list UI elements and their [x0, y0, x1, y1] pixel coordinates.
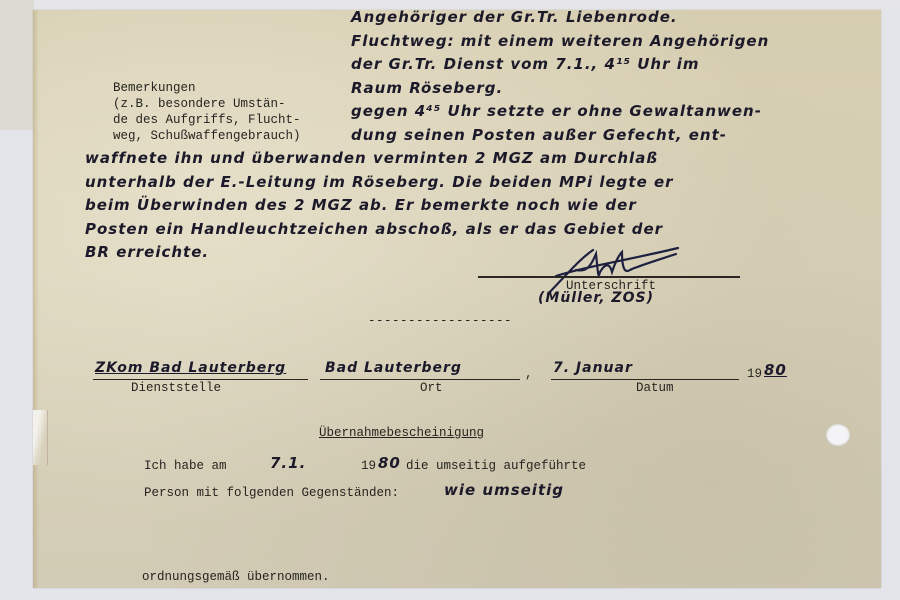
signature-name: (Müller, ZOS) — [538, 290, 654, 306]
datum-value: 7. Januar — [553, 360, 633, 376]
certificate-line2-value: wie umseitig — [444, 481, 564, 499]
remark-line: der Gr.Tr. Dienst vom 7.1., 4¹⁵ Uhr im — [351, 53, 769, 77]
punch-hole — [826, 424, 850, 446]
certificate-line2-prefix: Person mit folgenden Gegenständen: — [144, 485, 399, 501]
ort-label: Ort — [420, 380, 443, 396]
remark-line: beim Überwinden des 2 MGZ ab. Er bemerkt… — [85, 194, 674, 218]
remark-line: unterhalb der E.-Leitung im Röseberg. Di… — [85, 171, 674, 195]
certificate-line1-date: 7.1. — [270, 454, 306, 472]
remark-line: dung seinen Posten außer Gefecht, ent- — [351, 124, 769, 148]
remark-line: waffnete ihn und überwanden verminten 2 … — [85, 147, 674, 171]
certificate-year-prefix: 19 — [361, 458, 376, 474]
handwritten-remarks-top: Angehöriger der Gr.Tr. Liebenrode. Fluch… — [351, 6, 769, 147]
remark-line: Raum Röseberg. — [351, 77, 769, 101]
remark-line: Fluchtweg: mit einem weiteren Angehörige… — [351, 30, 769, 54]
certificate-line1-suffix: die umseitig aufgeführte — [406, 458, 586, 474]
certificate-year-suffix: 80 — [378, 454, 401, 472]
dienststelle-value: ZKom Bad Lauterberg — [95, 360, 286, 376]
background-left-sheet — [0, 0, 34, 130]
remarks-label-line4: weg, Schußwaffengebrauch) — [113, 129, 301, 143]
remarks-label-line1: Bemerkungen — [113, 81, 196, 95]
ort-value: Bad Lauterberg — [325, 360, 462, 376]
comma: , — [525, 366, 533, 382]
certificate-title: Übernahmebescheinigung — [319, 425, 484, 441]
datum-label: Datum — [636, 380, 674, 396]
remark-line: Posten ein Handleuchtzeichen abschoß, al… — [85, 218, 674, 242]
remarks-label-line3: de des Aufgriffs, Flucht- — [113, 113, 301, 127]
separator-dashes: ------------------ — [368, 314, 512, 328]
paper-tear — [33, 410, 48, 465]
certificate-closing: ordnungsgemäß übernommen. — [142, 569, 330, 585]
remark-line: Angehöriger der Gr.Tr. Liebenrode. — [351, 6, 769, 30]
remarks-label: Bemerkungen (z.B. besondere Umstän- de d… — [113, 80, 301, 144]
remarks-label-line2: (z.B. besondere Umstän- — [113, 97, 286, 111]
year-prefix: 19 — [747, 366, 762, 382]
remark-line: gegen 4⁴⁵ Uhr setzte er ohne Gewaltanwen… — [351, 100, 769, 124]
certificate-line1-prefix: Ich habe am — [144, 458, 227, 474]
year-suffix: 80 — [764, 361, 787, 379]
document-sheet: Bemerkungen (z.B. besondere Umstän- de d… — [33, 10, 881, 588]
paper-edge — [33, 10, 39, 588]
dienststelle-label: Dienststelle — [131, 380, 221, 396]
